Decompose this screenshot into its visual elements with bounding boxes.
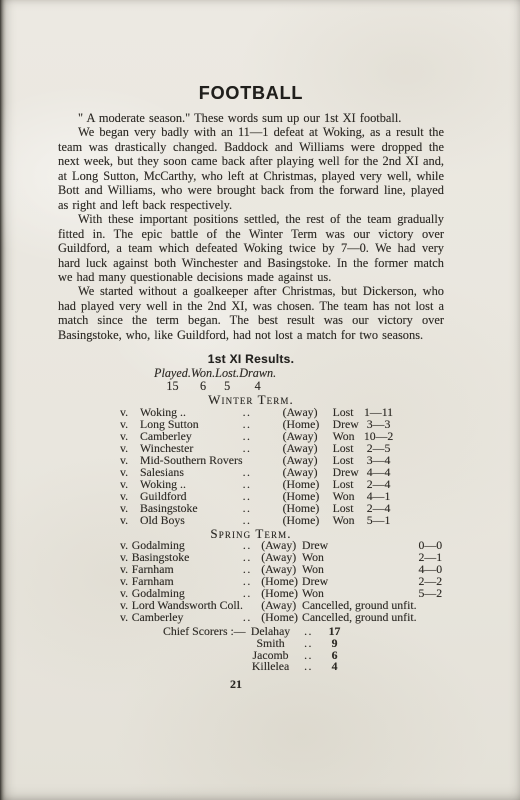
scorers-label <box>163 650 246 662</box>
chief-scorers-table: Chief Scorers :— Delahay .. 17 Smith .. … <box>163 626 348 672</box>
body-text: " A moderate season." These words sum up… <box>58 111 444 342</box>
opponent-cell: Camberley <box>132 612 243 624</box>
page-left-edge-shadow <box>0 0 6 800</box>
spring-results-table: v. Godalming .. (Away) Drew 0—0 v. Basin… <box>120 540 444 624</box>
page-content: FOOTBALL " A moderate season." These wor… <box>58 84 444 691</box>
dot-leader: .. <box>243 612 261 624</box>
opponent-cell: Old Boys <box>140 515 243 527</box>
venue-cell: (Home) <box>261 612 302 624</box>
scorers-label <box>163 661 246 673</box>
summary-value-cell: 15 <box>154 380 191 393</box>
paragraph: We began very badly with an 11—1 defeat … <box>58 125 444 212</box>
score-cell: 5—2 <box>417 588 444 600</box>
venue-cell: (Home) <box>283 515 333 527</box>
result-cell: Won <box>333 515 361 527</box>
scanned-book-page: FOOTBALL " A moderate season." These wor… <box>0 0 520 800</box>
scorer-goals-cell: 4 <box>322 661 348 673</box>
scorers-label <box>163 638 246 650</box>
paragraph: " A moderate season." These words sum up… <box>58 111 444 125</box>
paragraph: We started without a goalkeeper after Ch… <box>58 284 444 342</box>
dot-leader: .. <box>243 588 261 600</box>
dot-leader: .. <box>243 515 283 527</box>
results-heading: 1st XI Results. <box>58 353 444 366</box>
score-cell <box>417 612 444 624</box>
score-cell: 5—1 <box>361 515 397 527</box>
dot-leader: .. <box>243 443 283 455</box>
versus-cell: v. <box>120 515 140 527</box>
scorer-row: Killelea .. 4 <box>163 661 348 673</box>
dot-leader: .. <box>296 661 322 673</box>
page-number: 21 <box>43 678 429 691</box>
scorer-name-cell: Killelea <box>246 661 296 673</box>
scorers-label: Chief Scorers :— <box>163 626 246 638</box>
score-cell <box>417 600 444 612</box>
paragraph: With these important positions settled, … <box>58 212 444 284</box>
page-title: FOOTBALL <box>58 84 444 102</box>
fixture-row: v. Camberley .. (Home) Cancelled, ground… <box>120 612 444 624</box>
summary-table: Played. Won. Lost. Drawn. 15 6 5 <box>154 367 276 393</box>
result-cell: Cancelled, ground unfit. <box>302 612 417 624</box>
fixture-row: v. Old Boys .. (Home) Won 5—1 <box>120 515 397 527</box>
winter-results-table: v. Woking .. .. (Away) Lost 1—11 v. Long… <box>120 407 397 527</box>
versus-cell: v. <box>120 612 132 624</box>
